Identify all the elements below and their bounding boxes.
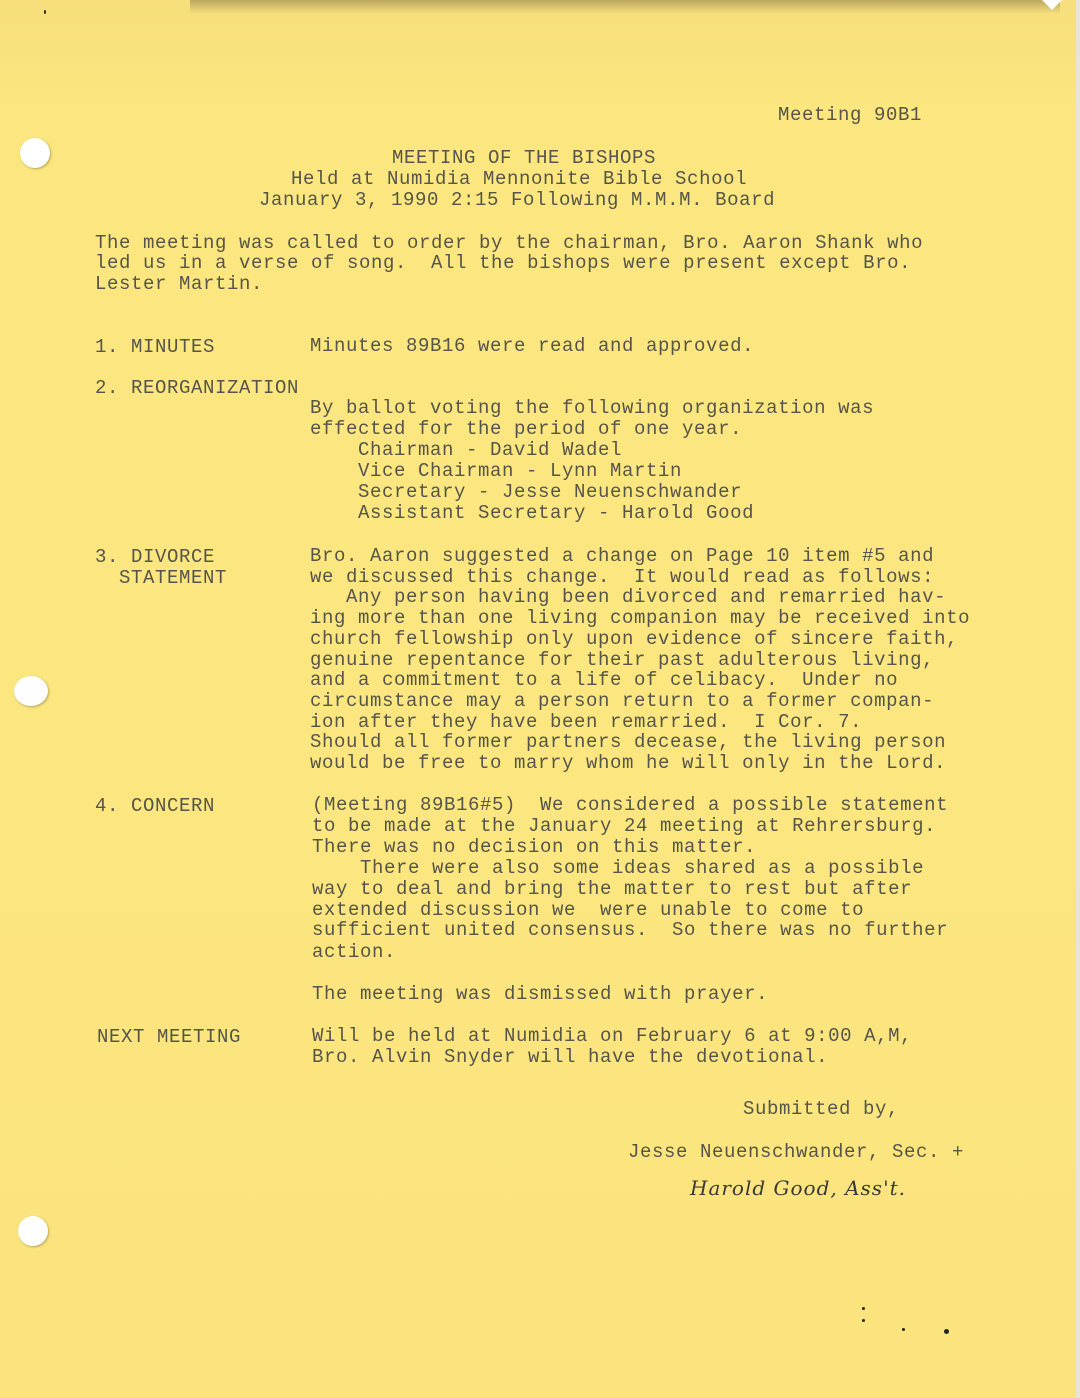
- meeting-location: Held at Numidia Mennonite Bible School: [291, 169, 747, 190]
- speck: [862, 1319, 865, 1322]
- officer-secretary: Secretary - Jesse Neuenschwander: [310, 482, 742, 503]
- item-line: to be made at the January 24 meeting at …: [312, 816, 936, 837]
- item-label: 3. DIVORCE: [95, 547, 215, 568]
- punch-hole-top: [20, 138, 50, 168]
- item-line: extended discussion we were unable to co…: [312, 900, 864, 921]
- speck: [944, 1329, 949, 1334]
- officer-chairman: Chairman - David Wadel: [310, 440, 622, 461]
- officer-assistant-secretary: Assistant Secretary - Harold Good: [310, 503, 754, 524]
- item-line: genuine repentance for their past adulte…: [310, 650, 934, 671]
- punch-hole-middle: [14, 676, 48, 706]
- document-title: MEETING OF THE BISHOPS: [392, 148, 656, 169]
- speck: [862, 1307, 865, 1310]
- item-line: Any person having been divorced and rema…: [310, 587, 946, 608]
- punch-hole-bottom: [18, 1216, 48, 1246]
- item-label: 1. MINUTES: [95, 337, 215, 358]
- item-line: we discussed this change. It would read …: [310, 567, 934, 588]
- item-line: would be free to marry whom he will only…: [310, 753, 946, 774]
- item-line: and a commitment to a life of celibacy. …: [310, 670, 898, 691]
- item-line: By ballot voting the following organizat…: [310, 398, 874, 419]
- officer-vice-chairman: Vice Chairman - Lynn Martin: [310, 461, 682, 482]
- document-page: Meeting 90B1 MEETING OF THE BISHOPS Held…: [0, 0, 1080, 1398]
- speck: [902, 1328, 905, 1331]
- item-line: ing more than one living companion may b…: [310, 608, 970, 629]
- speck: [44, 10, 46, 14]
- item-label: 2. REORGANIZATION: [95, 378, 299, 399]
- intro-line: The meeting was called to order by the c…: [95, 233, 923, 254]
- item-line: Bro. Aaron suggested a change on Page 10…: [310, 546, 934, 567]
- meeting-date: January 3, 1990 2:15 Following M.M.M. Bo…: [259, 190, 775, 211]
- item-line: Should all former partners decease, the …: [310, 732, 946, 753]
- item-label: STATEMENT: [95, 568, 227, 589]
- intro-line: Lester Martin.: [95, 274, 263, 295]
- item-line: ion after they have been remarried. I Co…: [310, 712, 862, 733]
- item-line: church fellowship only upon evidence of …: [310, 629, 958, 650]
- paper-right-edge: [1076, 0, 1080, 1398]
- item-line: effected for the period of one year.: [310, 419, 742, 440]
- secretary-signature: Jesse Neuenschwander, Sec. +: [628, 1142, 964, 1163]
- meeting-code: Meeting 90B1: [778, 105, 922, 126]
- item-label: 4. CONCERN: [95, 796, 215, 817]
- torn-corner: [1042, 0, 1062, 10]
- dismissal-line: The meeting was dismissed with prayer.: [312, 984, 768, 1005]
- item-label: NEXT MEETING: [97, 1027, 241, 1048]
- item-line: sufficient united consensus. So there wa…: [312, 920, 948, 941]
- submitted-by: Submitted by,: [743, 1099, 899, 1120]
- item-line: Will be held at Numidia on February 6 at…: [312, 1026, 912, 1047]
- item-line: Bro. Alvin Snyder will have the devotion…: [312, 1047, 828, 1068]
- item-line: way to deal and bring the matter to rest…: [312, 879, 912, 900]
- item-line: (Meeting 89B16#5) We considered a possib…: [312, 795, 948, 816]
- item-line: circumstance may a person return to a fo…: [310, 691, 934, 712]
- item-line: Minutes 89B16 were read and approved.: [310, 336, 754, 357]
- item-line: action.: [312, 942, 396, 963]
- handwritten-assistant-signature: Harold Good, Ass't.: [690, 1176, 906, 1200]
- item-line: There was no decision on this matter.: [312, 837, 756, 858]
- intro-line: led us in a verse of song. All the bisho…: [95, 253, 911, 274]
- item-line: There were also some ideas shared as a p…: [312, 858, 924, 879]
- paper-top-edge-shadow: [190, 0, 1060, 14]
